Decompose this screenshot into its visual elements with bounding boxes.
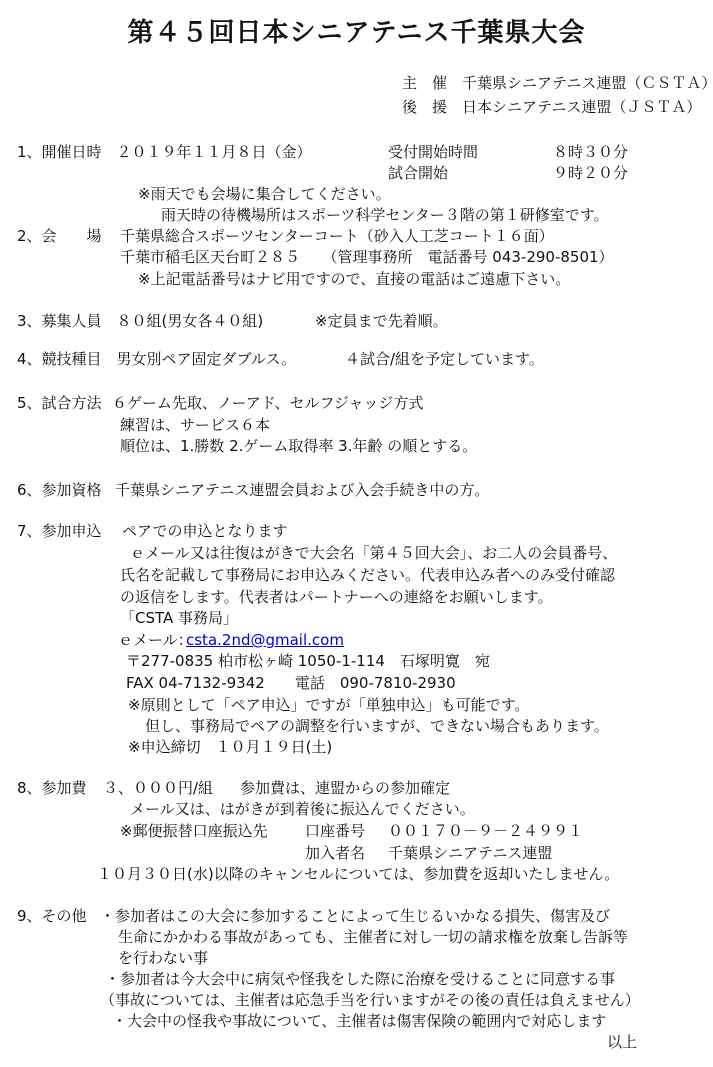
- match-start-label: 試合開始: [388, 163, 448, 183]
- disclaimer-6: ・大会中の怪我や事故について、主催者は傷害保険の範囲内で対応します: [112, 1011, 606, 1031]
- cancel-policy: １０月３０日(水)以降のキャンセルについては、参加費を返却いたしません。: [97, 864, 619, 884]
- section-8-heading: 8、参加費: [17, 778, 87, 798]
- email-link[interactable]: csta.2nd@gmail.com: [186, 630, 344, 650]
- office-name: 「CSTA 事務局」: [120, 608, 238, 628]
- closing: 以上: [607, 1032, 637, 1052]
- section-6-heading: 6、参加資格: [17, 480, 102, 500]
- email-label: ｅメール：: [118, 630, 193, 650]
- organizer-label: 主 催: [402, 73, 447, 93]
- document-page: 第４５回日本シニアテニス千葉県大会 主 催千葉県シニアテニス連盟（ＣＳＴＡ）後 …: [0, 0, 713, 1067]
- rain-waiting-room-note: 雨天時の待機場所はスポーツ科学センター３階の第１研修室です。: [161, 205, 609, 225]
- section-7-heading: 7、参加申込: [17, 521, 102, 541]
- pair-entry-note: ※原則として「ペア申込」ですが「単独申込」も可能です。: [128, 695, 529, 715]
- account-number: ００１７０－９－２４９９１: [388, 821, 583, 841]
- entry-instructions-2: 氏名を記載して事務局にお申込みください。代表申込み者へのみ受付確認: [120, 565, 615, 585]
- pair-adjust-note: 但し、事務局でペアの調整を行いますが、できない場合もあります。: [145, 716, 609, 736]
- postal-address: 〒277-0835 柏市松ヶ崎 1050-1-114 石塚明寛 宛: [126, 651, 490, 671]
- capacity-note: ※定員まで先着順。: [315, 311, 448, 331]
- practice-note: 練習は、サービス６本: [120, 415, 270, 435]
- account-name: 千葉県シニアテニス連盟: [388, 843, 552, 863]
- entry-instructions-3: の返信をします。代表者はパートナーへの連絡をお願いします。: [120, 587, 553, 607]
- rain-note: ※雨天でも会場に集合してください。: [138, 184, 391, 204]
- disclaimer-5: （事故については、主催者は応急手当を行いますがその後の責任は負えません）: [100, 990, 640, 1010]
- entry-instructions-1: ｅメール又は往復はがきで大会名「第４５回大会」、お二人の会員番号、: [130, 543, 617, 563]
- reception-start-time: ８時３０分: [553, 142, 628, 162]
- entry-type: ペアでの申込となります: [122, 521, 287, 541]
- phone-note: ※上記電話番号はナビ用ですので、直接の電話はご遠慮下さい。: [138, 269, 570, 289]
- match-start-time: ９時２０分: [553, 163, 628, 183]
- entry-deadline: ※申込締切 １０月１９日(土): [128, 737, 332, 757]
- ranking-note: 順位は、1.勝数 2.ゲーム取得率 3.年齢 の順とする。: [120, 436, 477, 456]
- venue-address: 千葉市稲毛区天台町２８５ （管理事務所 電話番号 043-290-8501）: [120, 247, 614, 267]
- match-format: ６ゲーム先取、ノーアド、セルフジャッジ方式: [112, 393, 424, 413]
- section-1-heading: 1、開催日時 ２０１９年１１月８日（金）: [17, 142, 312, 162]
- disclaimer-2: 生命にかかわる事故があっても、主催者に対し一切の請求権を放棄し告訴等: [118, 927, 628, 947]
- section-5-heading: 5、試合方法: [17, 393, 102, 413]
- eligibility: 千葉県シニアテニス連盟会員および入会手続き中の方。: [115, 480, 489, 500]
- account-name-label: 加入者名: [305, 843, 365, 863]
- reception-start-label: 受付開始時間: [388, 142, 478, 162]
- fee-note-1: 参加費は、連盟からの参加確定: [240, 778, 450, 798]
- disclaimer-3: を行わない事: [118, 948, 208, 968]
- page-title: 第４５回日本シニアテニス千葉県大会: [0, 12, 713, 49]
- disclaimer-1: ・参加者はこの大会に参加することによって生じるいかなる損失、傷害及び: [100, 906, 610, 926]
- venue-name: 千葉県総合スポーツセンターコート（砂入人工芝コート１６面）: [120, 226, 554, 246]
- supporter-value: 日本シニアテニス連盟（ＪＳＴＡ）: [462, 97, 701, 117]
- disclaimer-4: ・参加者は今大会中に病気や怪我をした際に治療を受けることに同意する事: [105, 969, 615, 989]
- entry-fee: ３、０００円/組: [103, 778, 213, 798]
- bank-transfer-label: ※郵便振替口座振込先: [120, 821, 268, 841]
- matches-note: ４試合/組を予定しています。: [345, 349, 544, 369]
- account-number-label: 口座番号: [305, 821, 365, 841]
- fee-note-2: メール又は、はがきが到着後に振込んでください。: [130, 799, 475, 819]
- fax-phone: FAX 04-7132-9342 電話 090-7810-2930: [126, 673, 456, 693]
- section-3-heading: 3、募集人員 ８０組(男女各４０組): [17, 311, 263, 331]
- section-9-heading: 9、その他: [17, 906, 87, 926]
- supporter-label: 後 援: [402, 97, 447, 117]
- section-4-heading: 4、競技種目 男女別ペア固定ダブルス。: [17, 349, 296, 369]
- organizer-value: 千葉県シニアテニス連盟（ＣＳＴＡ）: [462, 73, 713, 93]
- section-2-heading: 2、会 場: [17, 226, 102, 246]
